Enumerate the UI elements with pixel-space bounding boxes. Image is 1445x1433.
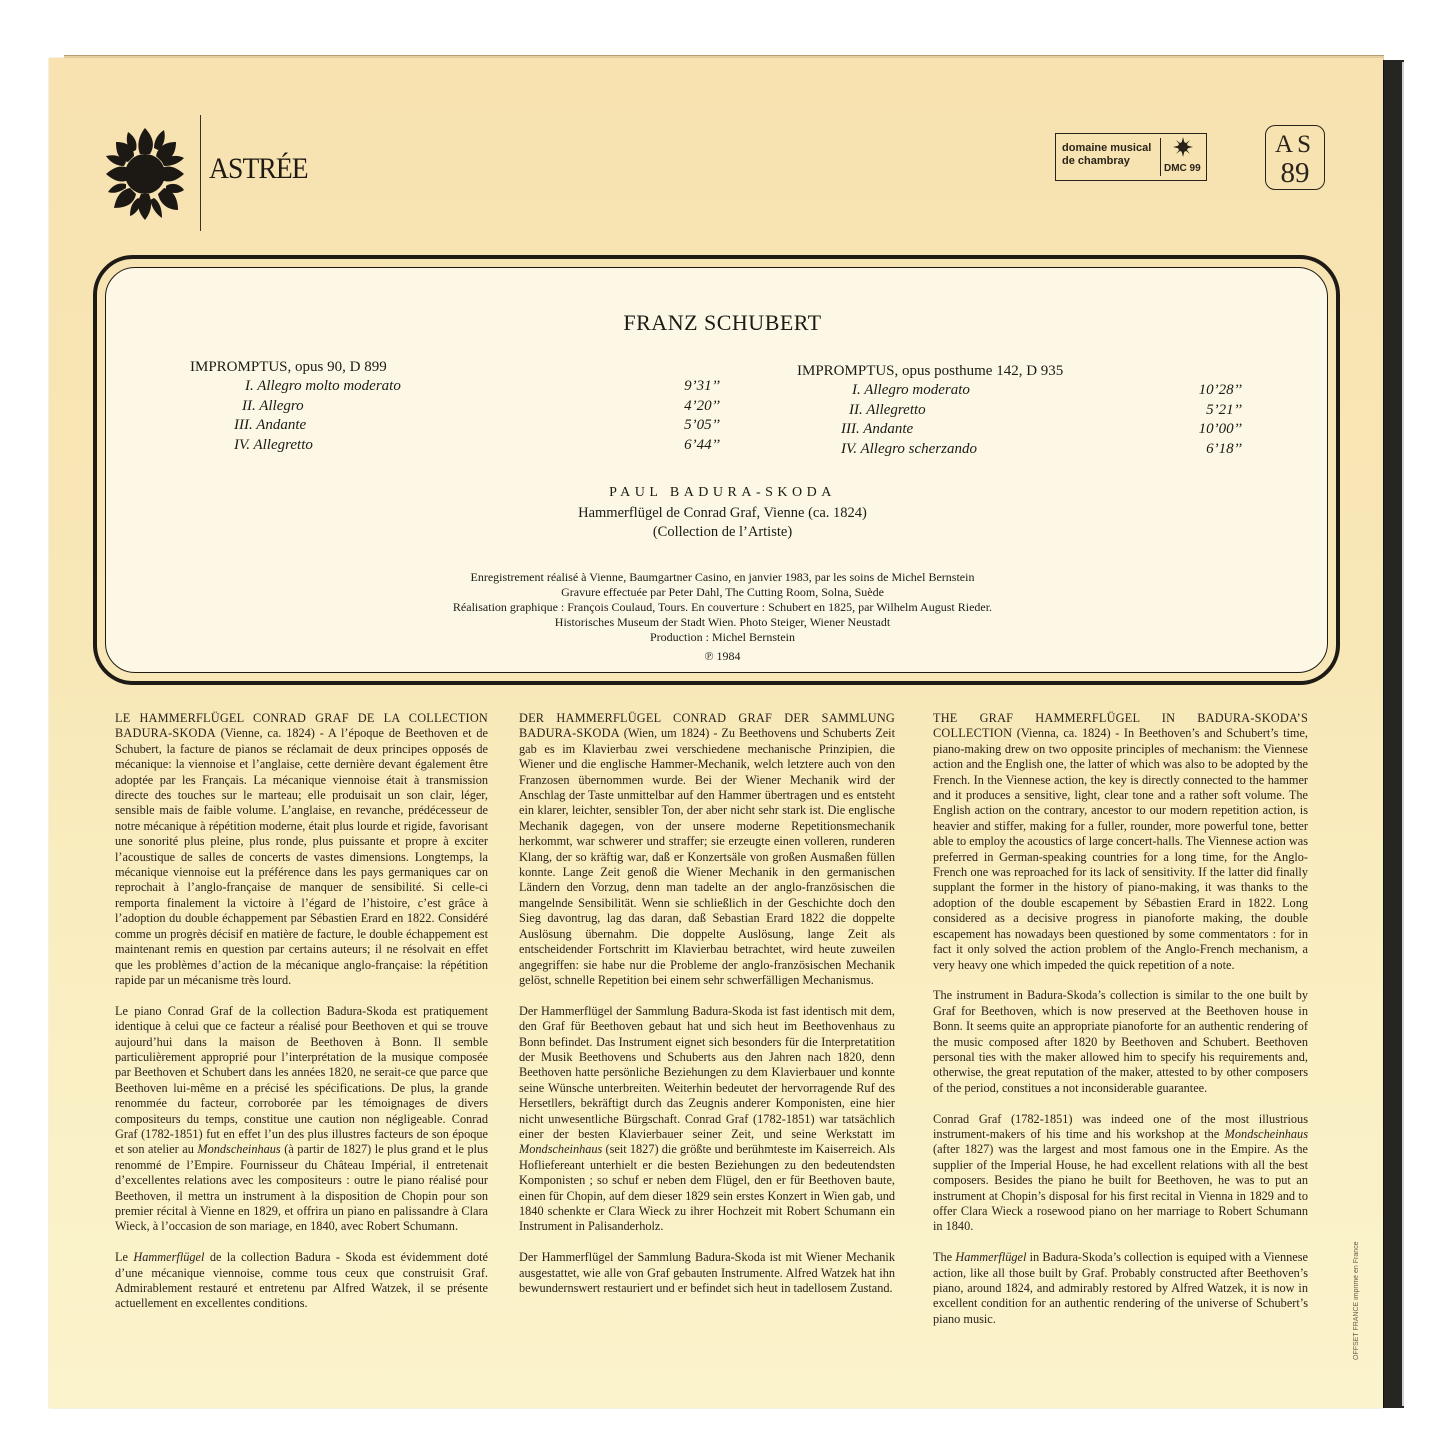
distributor-line-1: domaine musical <box>1062 142 1151 155</box>
work-block-op90: IMPROMPTUS, opus 90, D 899 I. Allegro mo… <box>190 357 720 455</box>
movement-row: IV. Allegretto6’44’’ <box>190 436 720 456</box>
notes-paragraph: LE HAMMERFLÜGEL CONRAD GRAF DE LA COLLEC… <box>115 711 488 988</box>
movement-row: III. Andante10’00’’ <box>797 420 1242 440</box>
movement-duration: 10’28’’ <box>1199 381 1242 401</box>
catalog-number: 89 <box>1266 158 1324 188</box>
notes-paragraph: Conrad Graf (1782-1851) was indeed one o… <box>933 1112 1308 1235</box>
movement-duration: 6’44’’ <box>684 436 720 456</box>
logo-divider <box>200 115 201 231</box>
distributor-badge: domaine musical de chambray DMC 99 <box>1055 133 1207 181</box>
movement-row: IV. Allegro scherzando6’18’’ <box>797 440 1242 460</box>
composer-title: FRANZ SCHUBERT <box>0 310 1445 336</box>
instrument-line: Hammerflügel de Conrad Graf, Vienne (ca.… <box>0 505 1445 522</box>
label-brand: ASTRÉE <box>209 152 308 186</box>
distributor-line-2: de chambray <box>1062 155 1151 168</box>
work-title: IMPROMPTUS, opus posthume 142, D 935 <box>797 361 1242 381</box>
credit-line: Production : Michel Bernstein <box>0 630 1445 645</box>
notes-text: (after 1827) was the largest and most fa… <box>933 1142 1308 1233</box>
notes-text: Der Hammerflügel der Sammlung Badura-Sko… <box>519 1004 895 1141</box>
liner-notes-german: DER HAMMERFLÜGEL CONRAD GRAF DER SAMMLUN… <box>519 711 895 1312</box>
sleeve-spine-edge <box>1402 62 1404 1406</box>
notes-paragraph: Le piano Conrad Graf de la collection Ba… <box>115 1004 488 1235</box>
movement-name: I. Allegro molto moderato <box>245 377 401 397</box>
sun-emblem-icon <box>104 124 186 220</box>
notes-paragraph: DER HAMMERFLÜGEL CONRAD GRAF DER SAMMLUN… <box>519 711 895 988</box>
star-emblem-icon <box>1173 137 1193 157</box>
work-block-op142: IMPROMPTUS, opus posthume 142, D 935 I. … <box>797 361 1242 459</box>
movement-name: IV. Allegretto <box>234 436 313 456</box>
notes-text: The <box>933 1250 955 1264</box>
movement-row: I. Allegro moderato10’28’’ <box>797 381 1242 401</box>
notes-text: (Wien, um 1824) - Zu Beethovens und Schu… <box>519 726 895 987</box>
notes-italic: Mondscheinhaus <box>197 1142 280 1156</box>
notes-italic: Hammerflügel <box>133 1250 204 1264</box>
collection-line: (Collection de l’Artiste) <box>0 524 1445 541</box>
notes-italic: Mondscheinhaus <box>519 1142 602 1156</box>
movement-name: IV. Allegro scherzando <box>841 440 977 460</box>
movement-duration: 5’05’’ <box>684 416 720 436</box>
notes-text: Le piano Conrad Graf de la collection Ba… <box>115 1004 488 1157</box>
distributor-name: domaine musical de chambray <box>1062 142 1151 168</box>
notes-italic: Mondscheinhaus <box>1225 1127 1308 1141</box>
notes-paragraph: Le Hammerflügel de la collection Badura … <box>115 1250 488 1312</box>
catalog-prefix: AS <box>1266 132 1324 158</box>
movement-duration: 10’00’’ <box>1199 420 1242 440</box>
production-credits: Enregistrement réalisé à Vienne, Baumgar… <box>0 570 1445 664</box>
phonogram-copyright: ℗ 1984 <box>0 649 1445 664</box>
credit-line: Historisches Museum der Stadt Wien. Phot… <box>0 615 1445 630</box>
notes-text: Le <box>115 1250 133 1264</box>
movement-name: II. Allegro <box>242 397 304 417</box>
notes-italic: Hammerflügel <box>955 1250 1026 1264</box>
credit-line: Réalisation graphique : François Coulaud… <box>0 600 1445 615</box>
distributor-code: DMC 99 <box>1164 163 1201 174</box>
notes-paragraph: THE GRAF HAMMERFLÜGEL IN BADURA-SKODA’S … <box>933 711 1308 973</box>
movement-duration: 6’18’’ <box>1206 440 1242 460</box>
movement-name: I. Allegro moderato <box>852 381 970 401</box>
notes-paragraph: The instrument in Badura-Skoda’s collect… <box>933 988 1308 1096</box>
movement-duration: 9’31’’ <box>684 377 720 397</box>
movement-row: II. Allegretto5’21’’ <box>797 401 1242 421</box>
notes-text: (Vienna, ca. 1824) - In Beethoven’s and … <box>933 726 1308 971</box>
performer-name: PAUL BADURA-SKODA <box>0 485 1445 501</box>
movement-row: II. Allegro4’20’’ <box>190 397 720 417</box>
movement-name: III. Andante <box>234 416 306 436</box>
sleeve-spine <box>1383 60 1404 1408</box>
liner-notes-english: THE GRAF HAMMERFLÜGEL IN BADURA-SKODA’S … <box>933 711 1308 1343</box>
work-title: IMPROMPTUS, opus 90, D 899 <box>190 357 720 377</box>
movement-name: II. Allegretto <box>849 401 926 421</box>
notes-paragraph: The Hammerflügel in Badura-Skoda’s colle… <box>933 1250 1308 1327</box>
credit-line: Enregistrement réalisé à Vienne, Baumgar… <box>0 570 1445 585</box>
notes-text: (Vienne, ca. 1824) - A l’époque de Beeth… <box>115 726 488 987</box>
movement-name: III. Andante <box>841 420 913 440</box>
movement-duration: 5’21’’ <box>1206 401 1242 421</box>
liner-notes-french: LE HAMMERFLÜGEL CONRAD GRAF DE LA COLLEC… <box>115 711 488 1327</box>
printer-mark: OFFSET FRANCE imprimé en France <box>1353 1255 1367 1360</box>
movement-duration: 4’20’’ <box>684 397 720 417</box>
notes-paragraph: Der Hammerflügel der Sammlung Badura-Sko… <box>519 1004 895 1235</box>
distributor-divider <box>1160 138 1161 176</box>
credit-line: Gravure effectuée par Peter Dahl, The Cu… <box>0 585 1445 600</box>
movement-row: III. Andante5’05’’ <box>190 416 720 436</box>
notes-paragraph: Der Hammerflügel der Sammlung Badura-Sko… <box>519 1250 895 1296</box>
catalog-number-badge: AS 89 <box>1265 125 1325 190</box>
movement-row: I. Allegro molto moderato9’31’’ <box>190 377 720 397</box>
